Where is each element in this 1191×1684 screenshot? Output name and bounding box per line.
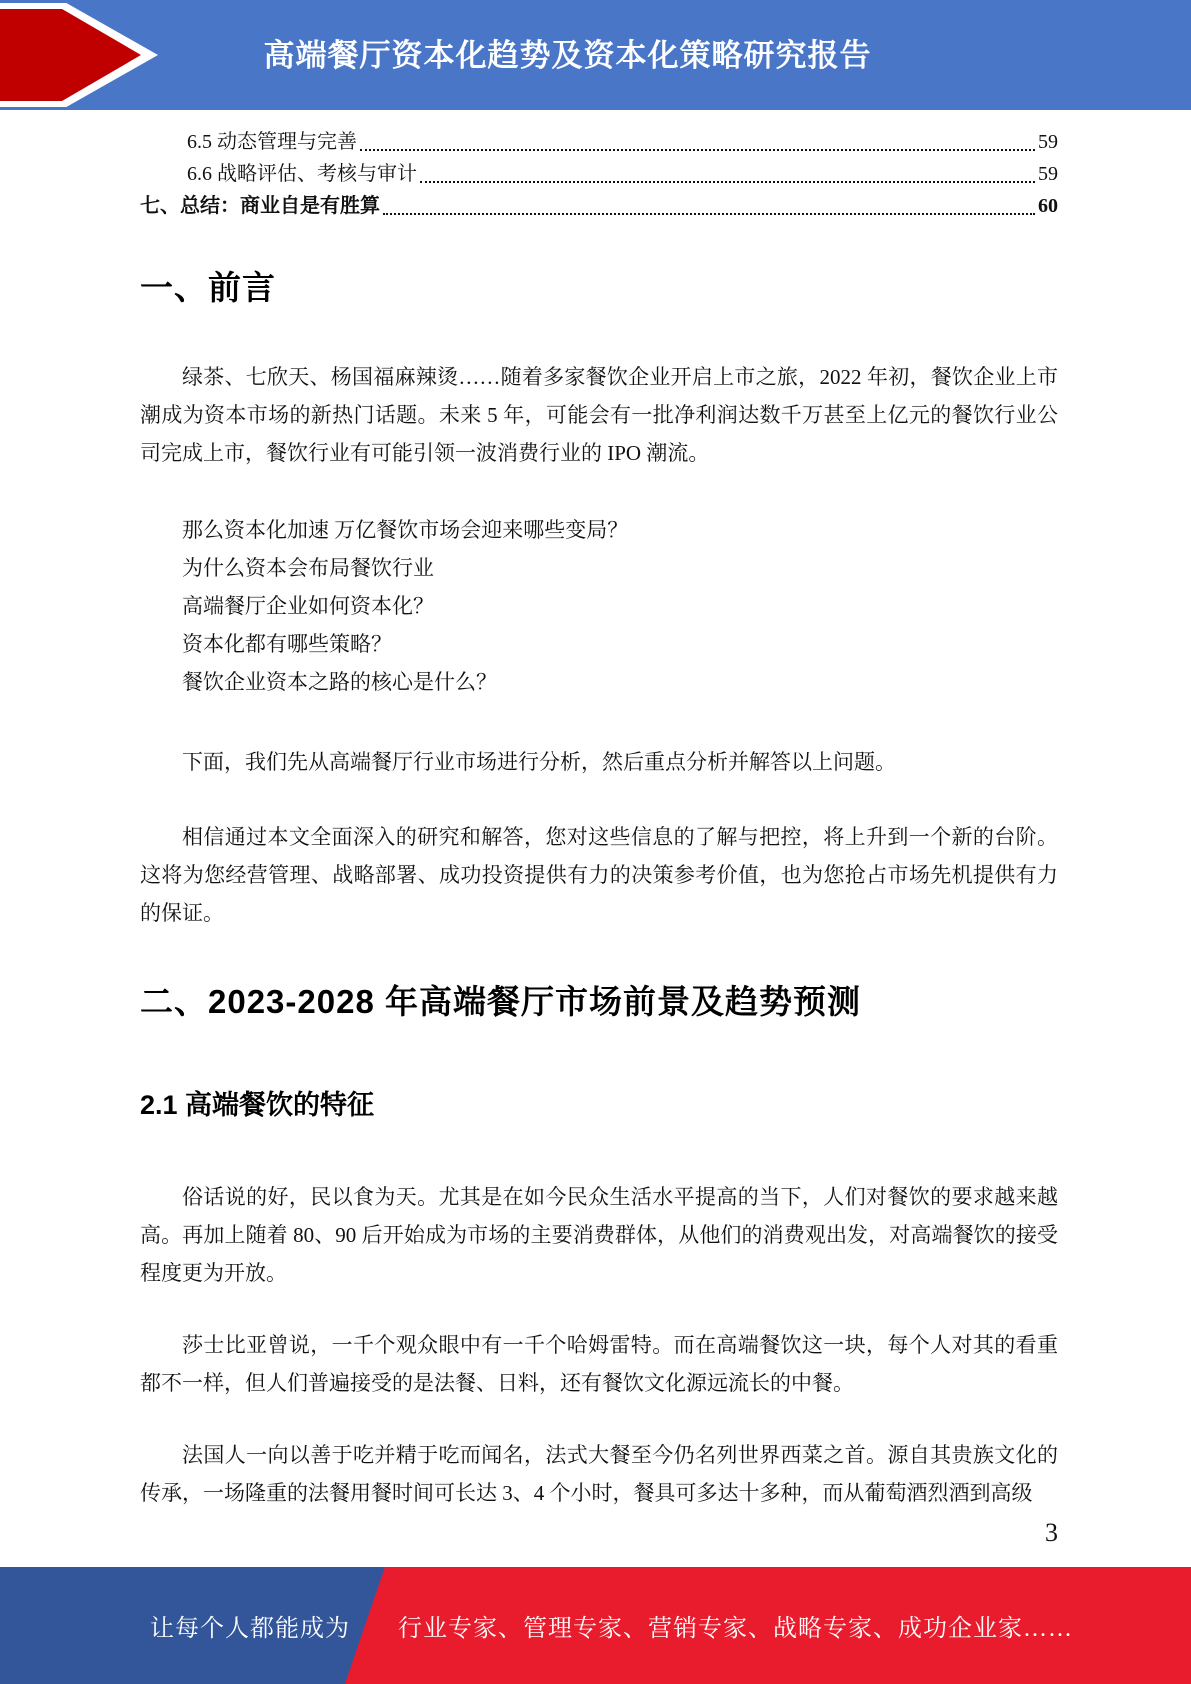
list-item: 为什么资本会布局餐饮行业 [140,549,1058,587]
document-page: 高端餐厅资本化趋势及资本化策略研究报告 6.5 动态管理与完善 59 6.6 战… [0,0,1191,1684]
toc-item: 七、总结：商业自是有胜算 60 [140,190,1058,222]
list-item: 那么资本化加速 万亿餐饮市场会迎来哪些变局？ [140,511,1058,549]
toc-page-number: 59 [1038,126,1058,158]
report-title: 高端餐厅资本化趋势及资本化策略研究报告 [0,0,1191,104]
leader-dots [360,149,1035,151]
toc-item-label: 七、总结：商业自是有胜算 [140,190,380,222]
toc-item-label: 6.5 动态管理与完善 [187,126,357,158]
page-header: 高端餐厅资本化趋势及资本化策略研究报告 [0,0,1191,110]
paragraph: 法国人一向以善于吃并精于吃而闻名，法式大餐至今仍名列世界西菜之首。源自其贵族文化… [140,1436,1058,1512]
toc-page-number: 59 [1038,158,1058,190]
paragraph: 俗话说的好，民以食为天。尤其是在如今民众生活水平提高的当下，人们对餐饮的要求越来… [140,1178,1058,1292]
table-of-contents: 6.5 动态管理与完善 59 6.6 战略评估、考核与审计 59 七、总结：商业… [140,126,1058,222]
paragraph: 下面，我们先从高端餐厅行业市场进行分析，然后重点分析并解答以上问题。 [140,743,1058,781]
toc-item: 6.6 战略评估、考核与审计 59 [140,158,1058,190]
page-footer: 让每个人都能成为 行业专家、管理专家、营销专家、战略专家、成功企业家…… [0,1567,1191,1684]
leader-dots [383,213,1035,215]
list-item: 餐饮企业资本之路的核心是什么？ [140,663,1058,701]
toc-page-number: 60 [1038,190,1058,222]
list-item: 高端餐厅企业如何资本化？ [140,587,1058,625]
page-number: 3 [140,1514,1058,1552]
footer-slogan-left: 让每个人都能成为 [0,1567,350,1684]
paragraph: 绿茶、七欣天、杨国福麻辣烫……随着多家餐饮企业开启上市之旅，2022 年初，餐饮… [140,358,1058,472]
subsection-heading-2-1: 2.1 高端餐饮的特征 [140,1083,374,1122]
paragraph: 相信通过本文全面深入的研究和解答，您对这些信息的了解与把控，将上升到一个新的台阶… [140,818,1058,932]
footer-slogan-right: 行业专家、管理专家、营销专家、战略专家、成功企业家…… [398,1567,1181,1684]
question-list: 那么资本化加速 万亿餐饮市场会迎来哪些变局？ 为什么资本会布局餐饮行业 高端餐厅… [140,511,1058,701]
section-heading-preface: 一、前言 [140,262,276,309]
leader-dots [420,181,1035,183]
toc-item: 6.5 动态管理与完善 59 [140,126,1058,158]
toc-item-label: 6.6 战略评估、考核与审计 [187,158,417,190]
section-heading-market-forecast: 二、2023-2028 年高端餐厅市场前景及趋势预测 [140,976,861,1023]
paragraph: 莎士比亚曾说，一千个观众眼中有一千个哈姆雷特。而在高端餐饮这一块，每个人对其的看… [140,1326,1058,1402]
list-item: 资本化都有哪些策略？ [140,625,1058,663]
